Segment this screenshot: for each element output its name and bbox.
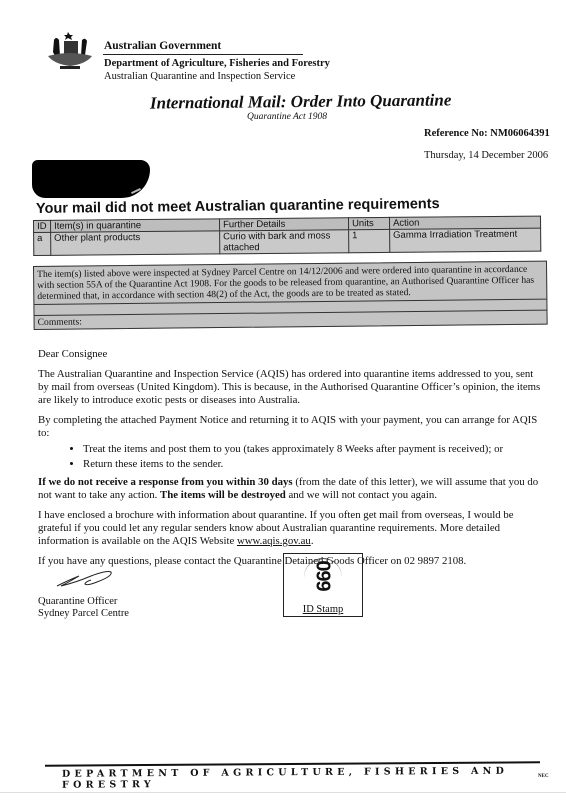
aqis-website-link[interactable]: www.aqis.gov.au bbox=[237, 535, 311, 547]
government-name: Australian Government bbox=[104, 40, 221, 52]
paragraph-brochure: I have enclosed a brochure with informat… bbox=[38, 509, 543, 548]
document-subtitle: Quarantine Act 1908 bbox=[247, 112, 327, 122]
quarantine-items-table: ID Item(s) in quarantine Further Details… bbox=[33, 216, 541, 256]
column-header-details: Further Details bbox=[219, 218, 348, 231]
notice-heading: Your mail did not meet Australian quaran… bbox=[36, 196, 440, 217]
signatory: Quarantine Officer Sydney Parcel Centre bbox=[38, 596, 129, 620]
option-treat: Treat the items and post them to you (ta… bbox=[83, 443, 543, 456]
paragraph-options-intro: By completing the attached Payment Notic… bbox=[38, 414, 543, 440]
destruction-warning: The items will be destroyed bbox=[160, 489, 286, 501]
letter-date: Thursday, 14 December 2006 bbox=[424, 150, 548, 161]
brochure-text-end: . bbox=[311, 535, 314, 547]
cell-units: 1 bbox=[349, 229, 390, 252]
paragraph-explanation: The Australian Quarantine and Inspection… bbox=[38, 368, 543, 407]
id-stamp-box: 099 ID Stamp bbox=[283, 553, 363, 617]
inspection-notice-text: The item(s) listed above were inspected … bbox=[34, 262, 546, 305]
department-name: Department of Agriculture, Fisheries and… bbox=[104, 58, 330, 69]
signatory-location: Sydney Parcel Centre bbox=[38, 608, 129, 620]
salutation: Dear Consignee bbox=[38, 348, 543, 361]
inspection-notice-box: The item(s) listed above were inspected … bbox=[33, 261, 548, 330]
options-list: Treat the items and post them to you (ta… bbox=[38, 443, 543, 471]
paragraph-deadline: If we do not receive a response from you… bbox=[38, 476, 543, 502]
header-divider bbox=[103, 54, 303, 55]
coat-of-arms-icon bbox=[42, 30, 98, 74]
stamp-label: ID Stamp bbox=[284, 604, 362, 615]
footer-department: DEPARTMENT OF AGRICULTURE, FISHERIES AND… bbox=[62, 765, 566, 791]
service-name: Australian Quarantine and Inspection Ser… bbox=[104, 71, 295, 82]
stamp-number: 099 bbox=[311, 560, 334, 590]
cell-id: a bbox=[34, 232, 51, 255]
footer-code: NEC bbox=[538, 774, 549, 779]
letter-body: Dear Consignee The Australian Quarantine… bbox=[38, 348, 543, 575]
officer-signature bbox=[55, 568, 115, 590]
column-header-units: Units bbox=[348, 217, 389, 229]
deadline-text-end: and we will not contact you again. bbox=[286, 489, 437, 501]
cell-item: Other plant products bbox=[51, 231, 220, 255]
page-edge bbox=[0, 792, 566, 793]
cell-action: Gamma Irradiation Treatment bbox=[390, 228, 541, 252]
deadline-warning: If we do not receive a response from you… bbox=[38, 476, 293, 488]
table-row: a Other plant products Curio with bark a… bbox=[34, 228, 541, 255]
column-header-id: ID bbox=[34, 220, 51, 232]
reference-number: Reference No: NM06064391 bbox=[424, 128, 550, 139]
document-title: International Mail: Order Into Quarantin… bbox=[150, 90, 452, 113]
cell-details: Curio with bark and moss attached bbox=[220, 230, 349, 254]
signatory-title: Quarantine Officer bbox=[38, 596, 129, 608]
option-return: Return these items to the sender. bbox=[83, 458, 543, 471]
